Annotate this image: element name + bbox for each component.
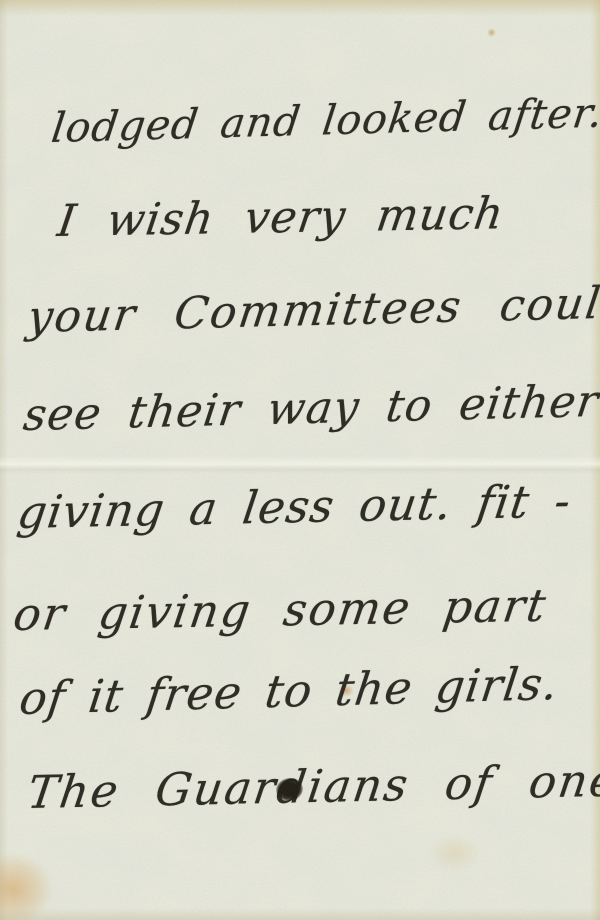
- letter-page: lodged and looked after. I wish very muc…: [0, 0, 600, 920]
- handwriting-line-6: or giving some part: [10, 579, 550, 641]
- handwriting-line-2: I wish very much: [54, 188, 507, 247]
- fold-crease: [0, 456, 600, 474]
